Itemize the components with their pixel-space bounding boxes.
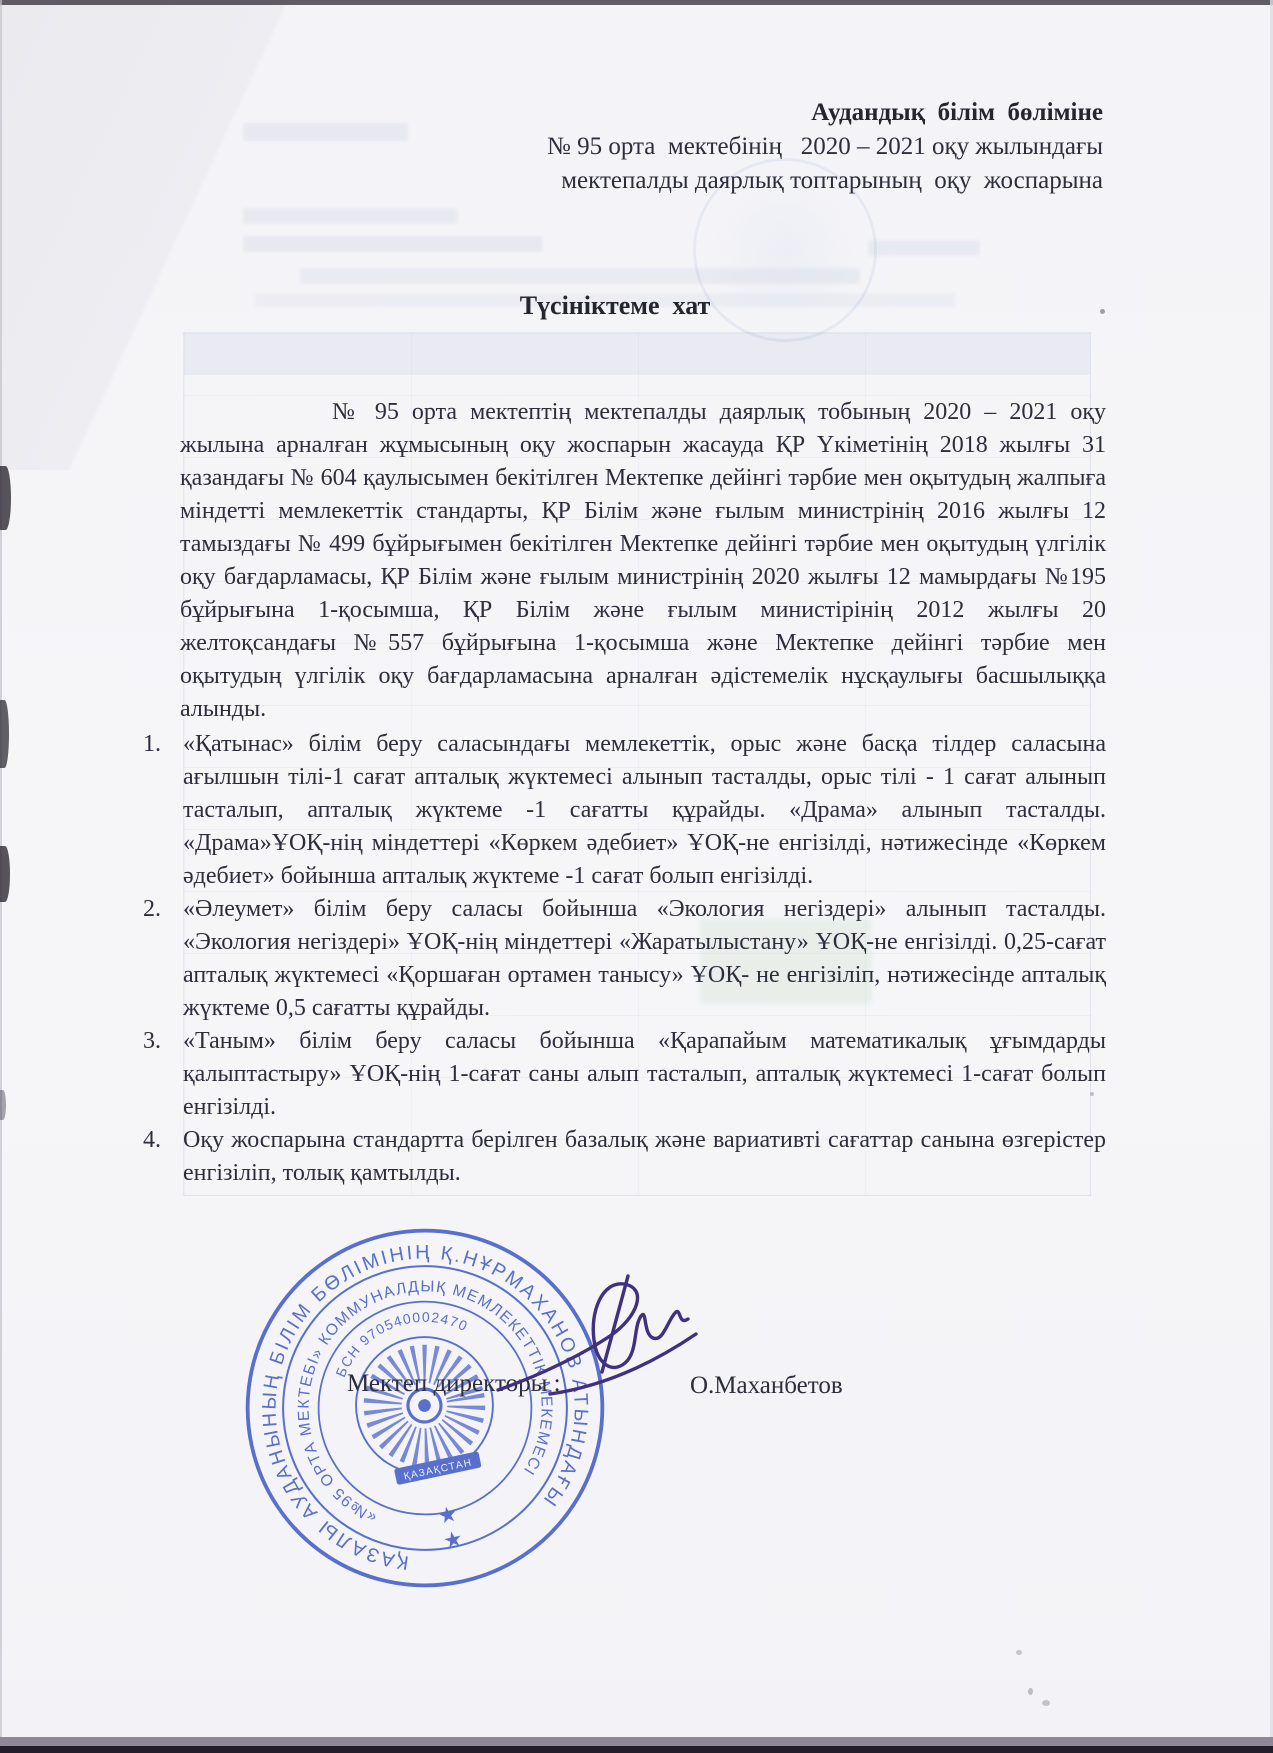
intro-paragraph: № 95 орта мектептің мектепалды даярлық т…	[180, 396, 1106, 726]
bleed-through-text	[868, 240, 980, 256]
document-title: Түсініктеме хат	[180, 291, 1050, 321]
bleed-through-text	[300, 268, 860, 284]
header-plan-subject: мектепалды даярлық топтарының оқу жоспар…	[547, 164, 1103, 198]
list-item: 3.«Таным» білім беру саласы бойынша «Қар…	[143, 1025, 1106, 1124]
header-addressee: Аудандық білім бөліміне	[547, 96, 1103, 130]
scan-smudge	[0, 1090, 6, 1120]
scanned-document-page: Аудандық білім бөліміне № 95 орта мектеб…	[0, 0, 1273, 1753]
scan-smudge	[0, 466, 11, 530]
numbered-list: 1.«Қатынас» білім беру саласындағы мемле…	[143, 728, 1106, 1190]
scan-edge-bottom	[0, 1746, 1273, 1753]
stamp-star-icon: ★	[436, 1501, 460, 1528]
scan-smudge	[0, 846, 10, 902]
list-item-text: «Қатынас» білім беру саласындағы мемлеке…	[183, 731, 1106, 889]
list-item-text: Оқу жоспарына стандартта берілген базалы…	[183, 1127, 1106, 1186]
handwritten-signature-icon	[492, 1272, 702, 1430]
list-item-number: 3.	[143, 1025, 179, 1058]
scan-edge-bottom	[0, 1737, 1273, 1746]
scan-speck	[1090, 1092, 1094, 1096]
scan-speck	[1042, 1700, 1050, 1706]
stamp-emblem: ҚАЗАҚСТАН	[343, 1324, 506, 1490]
page-fold-shadow	[0, 0, 300, 470]
list-item-number: 1.	[143, 728, 179, 761]
list-item: 1.«Қатынас» білім беру саласындағы мемле…	[143, 728, 1106, 893]
document-header: Аудандық білім бөліміне № 95 орта мектеб…	[547, 96, 1103, 198]
signature-name: О.Маханбетов	[690, 1372, 843, 1400]
scan-speck	[1100, 309, 1105, 314]
stamp-star-icon: ★	[441, 1526, 465, 1553]
list-item: 2.«Әлеумет» білім беру саласы бойынша «Э…	[143, 893, 1106, 1025]
list-item-text: «Таным» білім беру саласы бойынша «Қарап…	[183, 1028, 1106, 1120]
header-school-year: № 95 орта мектебінің 2020 – 2021 оқу жыл…	[547, 130, 1103, 164]
scan-speck	[1016, 1650, 1022, 1655]
list-item-number: 4.	[143, 1124, 179, 1157]
scan-edge-top	[0, 0, 1273, 5]
scan-smudge	[0, 700, 9, 768]
list-item-text: «Әлеумет» білім беру саласы бойынша «Эко…	[183, 896, 1106, 1021]
list-item-number: 2.	[143, 893, 179, 926]
list-item: 4.Оқу жоспарына стандартта берілген база…	[143, 1124, 1106, 1190]
scan-speck	[1028, 1688, 1033, 1695]
